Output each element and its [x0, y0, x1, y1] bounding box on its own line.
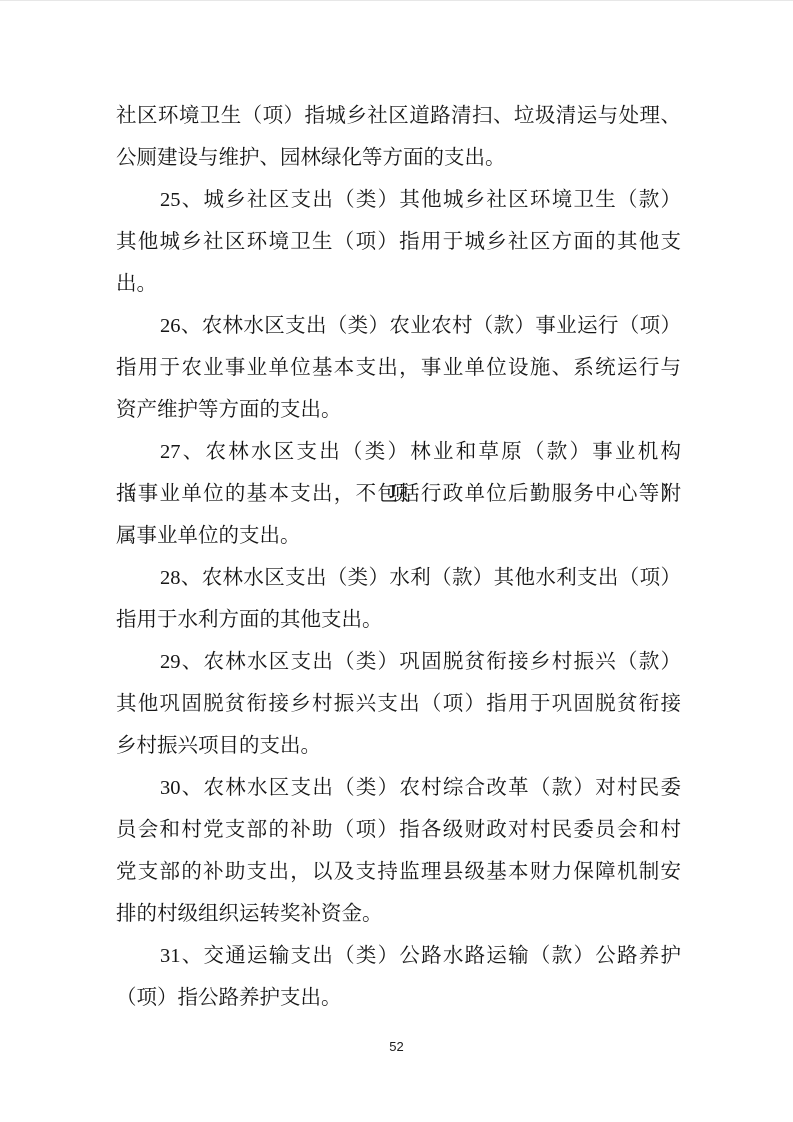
text-line: 26、农林水区支出（类）农业农村（款）事业运行（项）	[116, 305, 681, 347]
text-line: 排的村级组织运转奖补资金。	[116, 893, 681, 935]
text-line: 25、城乡社区支出（类）其他城乡社区环境卫生（款）	[116, 179, 681, 221]
text-line: 出。	[116, 263, 681, 305]
text-line: 乡村振兴项目的支出。	[116, 725, 681, 767]
text-line: 员会和村党支部的补助（项）指各级财政对村民委员会和村	[116, 809, 681, 851]
text-line: 31、交通运输支出（类）公路水路运输（款）公路养护	[116, 935, 681, 977]
text-line: 30、农林水区支出（类）农村综合改革（款）对村民委	[116, 767, 681, 809]
text-line: 资产维护等方面的支出。	[116, 389, 681, 431]
text-line: 其他城乡社区环境卫生（项）指用于城乡社区方面的其他支	[116, 221, 681, 263]
text-line: 党支部的补助支出，以及支持监理县级基本财力保障机制安	[116, 851, 681, 893]
body-text: 社区环境卫生（项）指城乡社区道路清扫、垃圾清运与处理、 公厕建设与维护、园林绿化…	[116, 95, 681, 1019]
document-page: 社区环境卫生（项）指城乡社区道路清扫、垃圾清运与处理、 公厕建设与维护、园林绿化…	[0, 0, 793, 1122]
text-line: 社区环境卫生（项）指城乡社区道路清扫、垃圾清运与处理、	[116, 95, 681, 137]
page-number: 52	[0, 1039, 793, 1054]
text-line: 指用于农业事业单位基本支出，事业单位设施、系统运行与	[116, 347, 681, 389]
text-line: 其他巩固脱贫衔接乡村振兴支出（项）指用于巩固脱贫衔接	[116, 683, 681, 725]
text-line: 公厕建设与维护、园林绿化等方面的支出。	[116, 137, 681, 179]
text-line: 27、农林水区支出（类）林业和草原（款）事业机构（项）	[116, 431, 681, 473]
text-line: （项）指公路养护支出。	[116, 977, 681, 1019]
text-line: 指事业单位的基本支出，不包括行政单位后勤服务中心等附	[116, 473, 681, 515]
text-line: 属事业单位的支出。	[116, 515, 681, 557]
text-line: 29、农林水区支出（类）巩固脱贫衔接乡村振兴（款）	[116, 641, 681, 683]
text-line: 28、农林水区支出（类）水利（款）其他水利支出（项）	[116, 557, 681, 599]
text-line: 指用于水利方面的其他支出。	[116, 599, 681, 641]
